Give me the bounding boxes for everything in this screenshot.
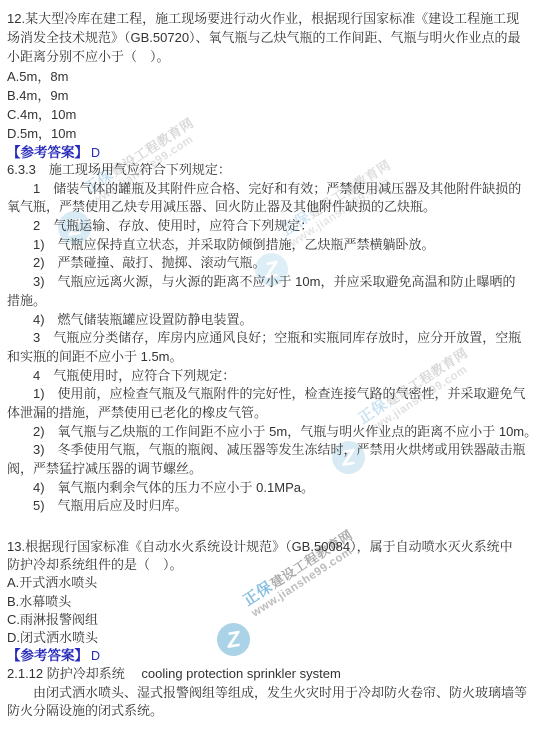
regulation-line: 阀，严禁猛拧减压器的调节螺丝。 [7, 460, 552, 479]
definition-2-1-12-line: 防火分隔设施的闭式系统。 [7, 702, 552, 720]
question-12: 12.某大型冷库在建工程，施工现场要进行动火作业，根据现行国家标准《建设工程施工… [7, 9, 552, 163]
question-12-option-c: C.4m，10m [7, 105, 552, 124]
definition-2-1-12-line: 由闭式洒水喷头、湿式报警阀组等组成，发生火灾时用于冷却防火卷帘、防火玻璃墙等 [7, 684, 552, 702]
question-13-text-line: 13.根据现行国家标准《自动水火系统设计规范》（GB.50084），属于自动喷水… [7, 538, 552, 556]
regulation-line: 和实瓶的间距不应小于 1.5m。 [7, 348, 552, 367]
question-12-option-a: A.5m，8m [7, 67, 552, 86]
regulation-line: 4) 氧气瓶内剩余气体的压力不应小于 0.1MPa。 [7, 479, 552, 498]
question-12-option-d: D.5m，10m [7, 124, 552, 143]
question-12-answer-line: 【参考答案】D [7, 143, 552, 162]
answer-label: 【参考答案】 [7, 145, 88, 160]
regulation-line: 4) 燃气储装瓶罐应设置防静电装置。 [7, 311, 552, 330]
regulation-line: 氧气瓶，严禁使用乙炔专用减压器、回火防止器及其他附件缺损的乙炔瓶。 [7, 198, 552, 217]
regulation-line: 2) 氧气瓶与乙炔瓶的工作间距不应小于 5m，气瓶与明火作业点的距离不应小于 1… [7, 423, 552, 442]
regulation-line: 1 储装气体的罐瓶及其附件应合格、完好和有效；严禁使用减压器及其他附件缺损的 [7, 180, 552, 199]
regulation-line: 4 气瓶使用时，应符合下列规定： [7, 367, 552, 386]
question-12-option-b: B.4m，9m [7, 86, 552, 105]
regulation-line: 3 气瓶应分类储存，库房内应通风良好；空瓶和实瓶同库存放时，应分开放置，空瓶 [7, 329, 552, 348]
regulation-line: 1) 使用前，应检查气瓶及气瓶附件的完好性，检查连接气路的气密性，并采取避免气 [7, 385, 552, 404]
question-13-option-b: B.水幕喷头 [7, 593, 552, 611]
definition-2-1-12-heading: 2.1.12 防护冷却系统 cooling protection sprinkl… [7, 665, 552, 683]
question-13-option-c: C.雨淋报警阀组 [7, 611, 552, 629]
document-page: 正保建设工程教育网 www.jianshe99.com Z 正保建设工程教育网 … [0, 0, 560, 730]
answer-value: D [91, 649, 100, 663]
question-12-text-line: 小距离分别不应小于（ ）。 [7, 47, 552, 66]
regulation-line: 措施。 [7, 292, 552, 311]
question-12-text-line: 场消发全技术规范》（GB.50720）、氧气瓶与乙炔气瓶的工作间距、气瓶与明火作… [7, 28, 552, 47]
regulation-heading: 6.3.3 施工现场用气应符合下列规定： [7, 161, 552, 180]
answer-label: 【参考答案】 [7, 648, 88, 663]
question-13-text-line: 防护冷却系统组件的是（ ）。 [7, 556, 552, 574]
question-13-answer-line: 【参考答案】D [7, 647, 552, 665]
regulation-line: 5) 气瓶用后应及时归库。 [7, 497, 552, 516]
answer-value: D [91, 146, 100, 160]
regulation-line: 2) 严禁碰撞、敲打、抛掷、滚动气瓶。 [7, 254, 552, 273]
regulation-6-3-3: 6.3.3 施工现场用气应符合下列规定： 1 储装气体的罐瓶及其附件应合格、完好… [7, 161, 552, 516]
question-13-option-a: A.开式洒水喷头 [7, 574, 552, 592]
question-12-text-line: 12.某大型冷库在建工程，施工现场要进行动火作业，根据现行国家标准《建设工程施工… [7, 9, 552, 28]
regulation-line: 体泄漏的措施，严禁使用已老化的橡皮气管。 [7, 404, 552, 423]
regulation-line: 3) 冬季使用气瓶，气瓶的瓶阀、减压器等发生冻结时，严禁用火烘烤或用铁器敲击瓶 [7, 441, 552, 460]
question-13: 13.根据现行国家标准《自动水火系统设计规范》（GB.50084），属于自动喷水… [7, 538, 552, 720]
regulation-line: 3) 气瓶应远离火源，与火源的距离不应小于 10m，并应采取避免高温和防止曝晒的 [7, 273, 552, 292]
question-13-option-d: D.闭式洒水喷头 [7, 629, 552, 647]
regulation-line: 2 气瓶运输、存放、使用时，应符合下列规定： [7, 217, 552, 236]
regulation-line: 1) 气瓶应保持直立状态，并采取防倾倒措施，乙炔瓶严禁横躺卧放。 [7, 236, 552, 255]
